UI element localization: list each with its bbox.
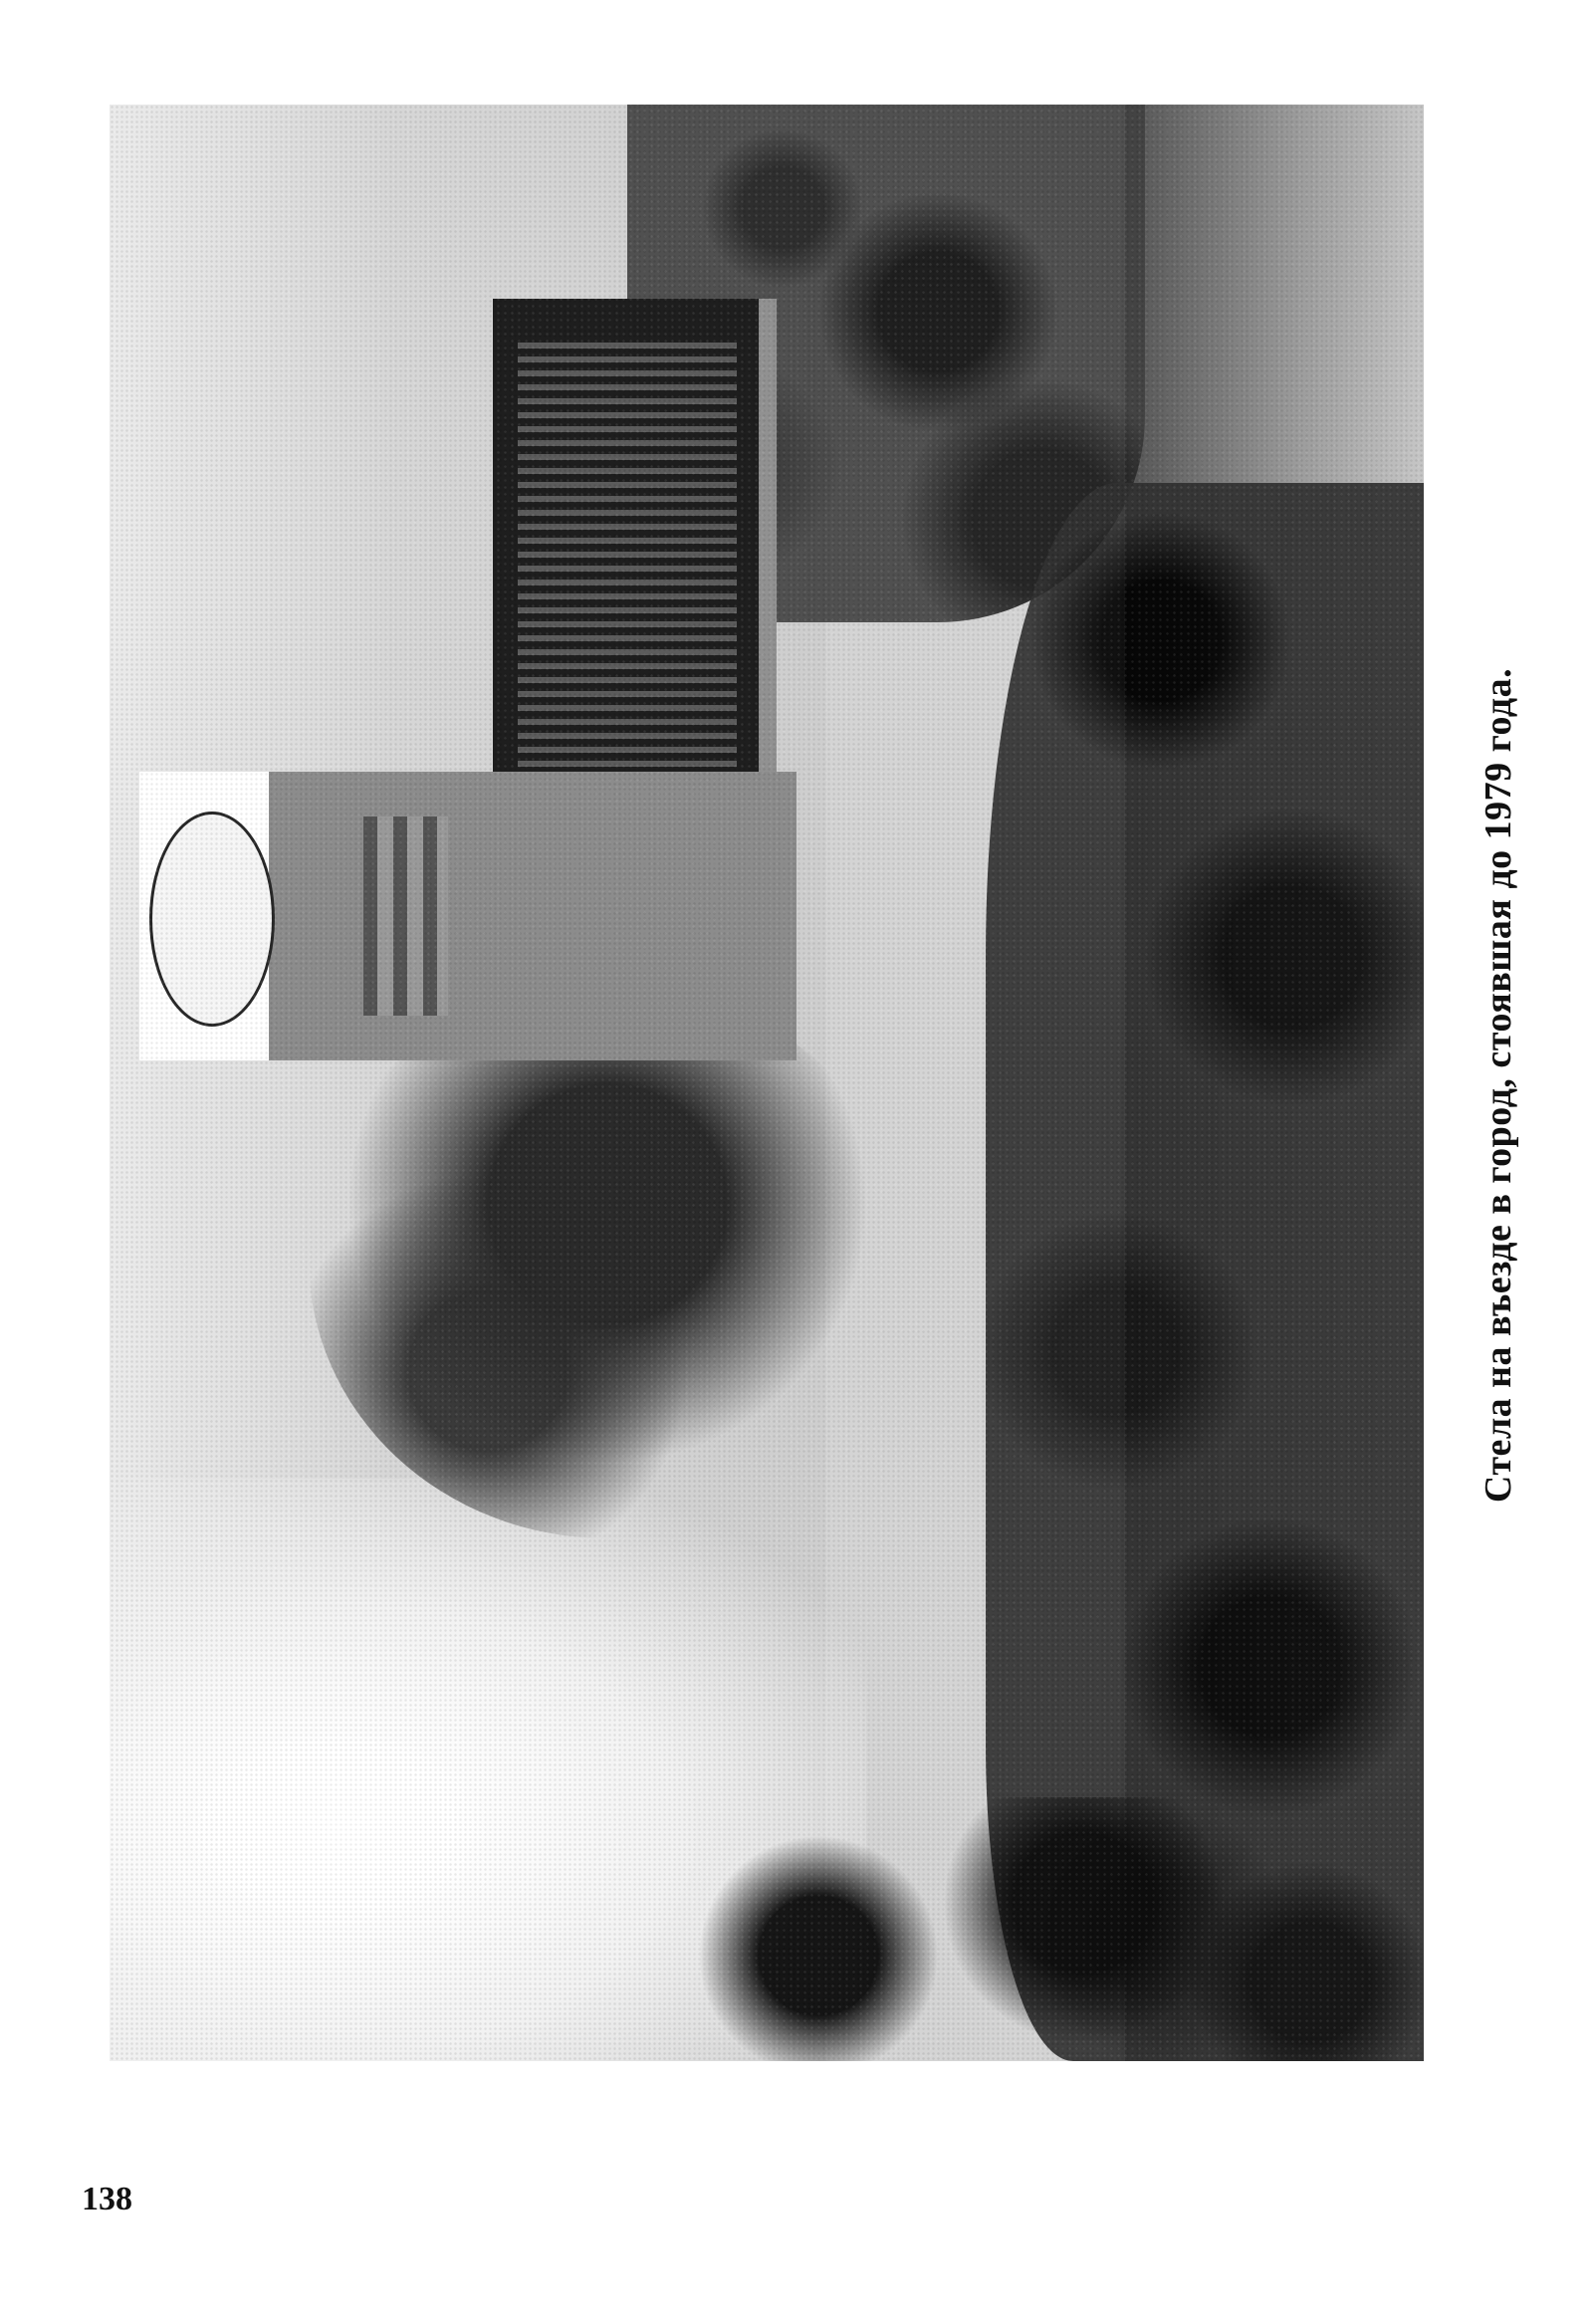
stela-emblem-icon [149,812,275,1027]
figure-caption: Стела на въезде в город, стоявшая до 197… [1477,668,1520,1503]
stela-inscription [363,816,448,1016]
page-number: 138 [82,2181,132,2218]
figure-photograph [110,105,1424,2061]
stela-panel [269,772,796,1060]
photo-billboard [493,299,777,807]
billboard-lettering [518,339,737,767]
photo-trees-bottom [667,1797,1424,2061]
photo-stela [139,772,796,1060]
photo-tree-cluster [309,981,906,1538]
